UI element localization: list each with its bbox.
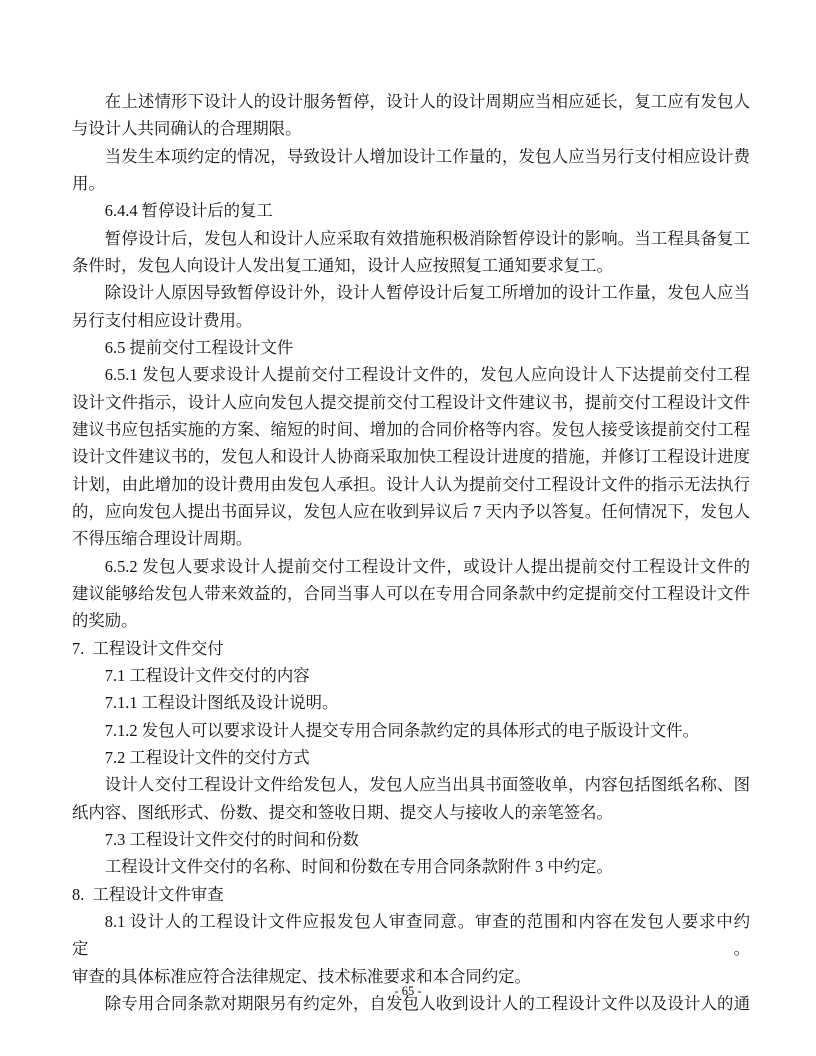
text-line: 7.3 工程设计文件交付的时间和份数: [72, 826, 750, 853]
text-line: 设计文件建议书的，发包人和设计人协商采取加快工程设计进度的措施，并修订工程设计进…: [72, 443, 750, 470]
text-line: 工程设计文件交付的名称、时间和份数在专用合同条款附件 3 中约定。: [72, 853, 750, 880]
text-line: 8. 工程设计文件审查: [72, 881, 750, 908]
text-line: 在上述情形下设计人的设计服务暂停，设计人的设计周期应当相应延长，复工应有发包人: [72, 88, 750, 115]
text-line: 除设计人原因导致暂停设计外，设计人暂停设计后复工所增加的设计工作量，发包人应当: [72, 279, 750, 306]
text-line: 6.5.1 发包人要求设计人提前交付工程设计文件的，发包人应向设计人下达提前交付…: [72, 361, 750, 388]
text-line: 暂停设计后，发包人和设计人应采取有效措施积极消除暂停设计的影响。当工程具备复工: [72, 225, 750, 252]
document-body: 在上述情形下设计人的设计服务暂停，设计人的设计周期应当相应延长，复工应有发包人与…: [72, 88, 750, 1017]
text-line: 建议书应包括实施的方案、缩短的时间、增加的合同价格等内容。发包人接受该提前交付工…: [72, 416, 750, 443]
text-line: 7.1.2 发包人可以要求设计人提交专用合同条款约定的具体形式的电子版设计文件。: [72, 717, 750, 744]
text-line: 与设计人共同确认的合理期限。: [72, 115, 750, 142]
text-line: 8.1 设计人的工程设计文件应报发包人审查同意。审查的范围和内容在发包人要求中约…: [72, 908, 750, 963]
text-line: 7. 工程设计文件交付: [72, 635, 750, 662]
text-line: 设计文件指示，设计人应向发包人提交提前交付工程设计文件建议书，提前交付工程设计文…: [72, 389, 750, 416]
text-line: 条件时，发包人向设计人发出复工通知，设计人应按照复工通知要求复工。: [72, 252, 750, 279]
text-line: 7.2 工程设计文件的交付方式: [72, 744, 750, 771]
text-line: 的，应向发包人提出书面异议，发包人应在收到异议后 7 天内予以答复。任何情况下，…: [72, 498, 750, 525]
text-line: 设计人交付工程设计文件给发包人，发包人应当出具书面签收单，内容包括图纸名称、图: [72, 771, 750, 798]
text-line: 的奖励。: [72, 607, 750, 634]
text-line: 7.1 工程设计文件交付的内容: [72, 662, 750, 689]
page-number: - 65 -: [0, 983, 816, 999]
text-line: 纸内容、图纸形式、份数、提交和签收日期、提交人与接收人的亲笔签名。: [72, 799, 750, 826]
text-line: 当发生本项约定的情况，导致设计人增加设计工作量的，发包人应当另行支付相应设计费: [72, 143, 750, 170]
document-page: 在上述情形下设计人的设计服务暂停，设计人的设计周期应当相应延长，复工应有发包人与…: [0, 0, 816, 1056]
text-line: 7.1.1 工程设计图纸及设计说明。: [72, 689, 750, 716]
text-line: 计划，由此增加的设计费用由发包人承担。设计人认为提前交付工程设计文件的指示无法执…: [72, 471, 750, 498]
text-line: 6.5 提前交付工程设计文件: [72, 334, 750, 361]
text-line: 建议能够给发包人带来效益的，合同当事人可以在专用合同条款中约定提前交付工程设计文…: [72, 580, 750, 607]
text-line: 6.4.4 暂停设计后的复工: [72, 197, 750, 224]
text-line: 另行支付相应设计费用。: [72, 307, 750, 334]
text-line: 不得压缩合理设计周期。: [72, 525, 750, 552]
text-line: 6.5.2 发包人要求设计人提前交付工程设计文件，或设计人提出提前交付工程设计文…: [72, 553, 750, 580]
text-line: 用。: [72, 170, 750, 197]
